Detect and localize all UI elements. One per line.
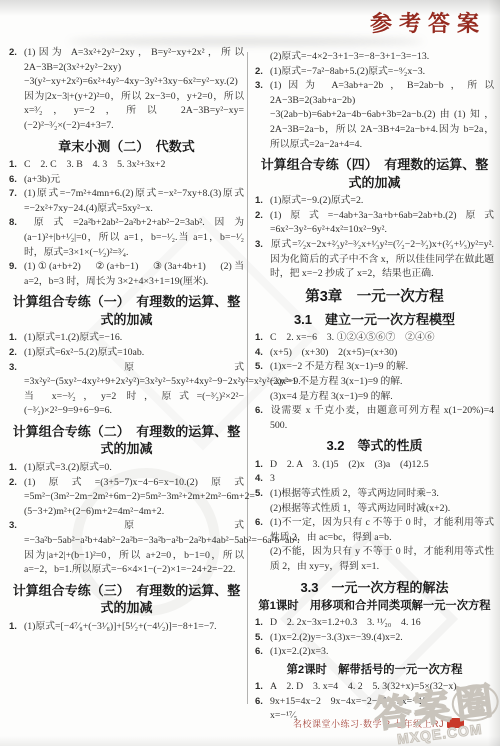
- answer-item: 6.(a+3b)元: [9, 173, 244, 188]
- item-text: (1)x=−2 不是方程 3(x−1)=9 的解.: [270, 361, 408, 372]
- item-number: 7.: [9, 187, 24, 202]
- item-text: 9x+15=4x−2 9x−4x=−2−15 5x=−17: [270, 696, 428, 707]
- answer-item: 8.原式=2a²b+2ab²−2a²b+2+ab²−2=3ab².因为(a−1)…: [9, 216, 244, 260]
- answer-item: 5.(1)x=2.(2)y=−3.(3)x=−39.(4)x=2.: [255, 631, 494, 646]
- answer-item: 1.A 2. D 3. x=4 4. 2 5. 3(32+x)=5×(32−x): [255, 680, 494, 695]
- item-text: 原式=⁷⁄₂x−2x+²⁄₃y²−³⁄₂x+¹⁄₃y²=(⁷⁄₂−2−³⁄₂)x…: [270, 239, 494, 279]
- item-number: 5.: [255, 360, 270, 375]
- section-heading: 3.3 一元一次方程的解法: [255, 579, 494, 597]
- lesson-heading: 第1课时 用移项和合并同类项解一元一次方程: [255, 599, 494, 614]
- item-number: 3.: [9, 519, 24, 534]
- item-number: 9.: [9, 260, 24, 275]
- item-number: 1.: [255, 616, 270, 631]
- answer-item: 1.D 2. 2x−3x=1.2+0.3 3. ¹¹⁄₂₀ 4. 16: [255, 616, 494, 631]
- answer-item: 4.(x+5) (x+30) 2(x+5)=(x+30): [255, 346, 494, 361]
- answers-left-column: 2.(1)因为 A=3x²+2y²−2xy，B=y²−xy+2x²，所以 2A−…: [9, 46, 244, 634]
- continuation-line: (2)原式=−4×2−3+1−3=−8−3+1−3=−13.: [255, 50, 494, 65]
- item-number: 1.: [9, 461, 24, 476]
- item-text: C 2. x=−6 3. ①②④⑤⑥⑦ ②④⑥: [270, 332, 435, 343]
- answer-item: 3.原式=−3a²b−5ab²−a²b+4ab²−2a²b=−3a²b−a²b−…: [9, 519, 244, 577]
- item-text: D 2. 2x−3x=1.2+0.3 3. ¹¹⁄₂₀ 4. 16: [270, 617, 421, 628]
- item-number: 6.: [255, 645, 270, 660]
- item-text: (1)根据等式性质 2，等式两边同时乘−3.: [270, 488, 439, 499]
- answer-item: 3.原式=3x²y²−(5xy²−4xy²+9+2x²y²)=3x²y²−5xy…: [9, 361, 244, 419]
- item-text: C 2. C 3. B 4. 3 5. 3x²+3x+2: [24, 159, 165, 170]
- item-text: D 2. A 3. (1)5 (2)x (3)a (4)12.5: [270, 459, 429, 470]
- item-text: (1)因为 A=3x²+2y²−2xy，B=y²−xy+2x²，所以 2A−3B…: [24, 47, 244, 131]
- section-heading: 3.1 建立一元一次方程模型: [255, 311, 494, 329]
- item-text: (1)原式=[−4⁷⁄₈+(−3¹⁄₈)]+[5¹⁄₂+(−4¹⁄₂)]=−8+…: [24, 621, 217, 632]
- continuation-line: (2)x=1 不是方程 3(x−1)=9 的解.: [255, 375, 494, 390]
- section-heading: 3.2 等式的性质: [255, 437, 494, 455]
- item-text: (1)原式=(3+5−7)x−4−6=x−10.(2)原式=5m²−(3m²−2…: [24, 477, 255, 517]
- answer-item: 6.设需要 x 千克小麦，由题意可列方程 x(1−20%)=4 500.: [255, 404, 494, 433]
- item-number: 1.: [9, 331, 24, 346]
- answer-item: 2.(1)原式=−4ab+3a−3a+b+6ab=2ab+b.(2)原式=6x²…: [255, 209, 494, 238]
- item-number: 3.: [255, 79, 270, 94]
- item-number: 5.: [255, 631, 270, 646]
- item-number: 2.: [255, 209, 270, 224]
- lesson-heading: 第2课时 解带括号的一元一次方程: [255, 663, 494, 678]
- answer-item: 1.(1)原式=3.(2)原式=0.: [9, 461, 244, 476]
- item-number: 4.: [255, 346, 270, 361]
- page-number-badge: [447, 718, 464, 728]
- item-number: 1.: [255, 680, 270, 695]
- item-number: 1.: [9, 158, 24, 173]
- page-edge-shadow-bottom: [0, 736, 500, 746]
- item-text: 设需要 x 千克小麦，由题意可列方程 x(1−20%)=4 500.: [270, 405, 494, 431]
- continuation-line: (3)x=4 是方程 3(x−1)=9 的解.: [255, 390, 494, 405]
- continuation-line: (2)不能，因为只有 y 不等于 0 时，才能利用等式性质 2，由 xy=y，得…: [255, 545, 494, 574]
- item-text: (1)原式=−4ab+3a−3a+b+6ab=2ab+b.(2)原式=6x²−3…: [270, 210, 494, 236]
- answer-item: 1.C 2. x=−6 3. ①②④⑤⑥⑦ ②④⑥: [255, 331, 494, 346]
- item-number: 2.: [9, 476, 24, 491]
- scan-smudge: [68, 38, 424, 45]
- section-heading: 计算组合专练（三） 有理数的运算、整式的加减: [9, 582, 244, 617]
- item-number: 4.: [255, 472, 270, 487]
- answer-item: 9.(1)①(a+b+2) ②(a+b−1) ③(3a+4b+1) (2)当 a…: [9, 260, 244, 289]
- item-text: (1)原式=1.(2)原式=−16.: [24, 332, 122, 343]
- item-text: (1)x=2.(2)y=−3.(3)x=−39.(4)x=2.: [270, 632, 403, 643]
- item-number: 1.: [255, 458, 270, 473]
- continuation-line: (2)根据等式性质 1，等式两边同时减(x+2).: [255, 502, 494, 517]
- answer-item: 6.9x+15=4x−2 9x−4x=−2−15 5x=−17: [255, 695, 494, 710]
- footer-text: 名校课堂小练习·数学 2·七年级上RJ: [293, 719, 444, 729]
- chapter-heading: 第3章 一元一次方程: [255, 288, 494, 307]
- item-number: 3.: [255, 238, 270, 253]
- answer-item: 7.(1)原式=−7m²+4mn+6.(2)原式=−x²−7xy+8.(3)原式…: [9, 187, 244, 216]
- answer-key-page: { "page": { "title": "参考答案", "footer": {…: [0, 0, 500, 746]
- item-text: (1)原式=−7a²−8ab+5.(2)原式=−⁹⁄₂x−3.: [270, 66, 425, 77]
- item-number: 1.: [255, 331, 270, 346]
- answer-item: 6.(1)不一定，因为只有 c 不等于 0 时，才能利用等式性质 2，由 ac=…: [255, 516, 494, 545]
- item-number: 6.: [255, 695, 270, 710]
- item-text: A 2. D 3. x=4 4. 2 5. 3(32+x)=5×(32−x): [270, 681, 457, 692]
- answer-item: 2.(1)原式=(3+5−7)x−4−6=x−10.(2)原式=5m²−(3m²…: [9, 476, 244, 520]
- item-number: 6.: [255, 404, 270, 419]
- answer-item: 6.(1)x=2.(2)x=3.: [255, 645, 494, 660]
- item-text: (1)原式=3.(2)原式=0.: [24, 462, 112, 473]
- item-number: 2.: [9, 346, 24, 361]
- item-text: (1)因为 A=3ab+a−2b，B=2ab−b，所以 2A−3B=2(3ab+…: [270, 80, 494, 149]
- item-text: (1)不一定，因为只有 c 不等于 0 时，才能利用等式性质 2，由 ac=bc…: [270, 517, 494, 543]
- answer-item: 2.(1)原式=6x²−5.(2)原式=10ab.: [9, 346, 244, 361]
- answers-right-column: (2)原式=−4×2−3+1−3=−8−3+1−3=−13.2.(1)原式=−7…: [255, 50, 494, 724]
- answer-item: 1.(1)原式=1.(2)原式=−16.: [9, 331, 244, 346]
- answer-item: 3.原式=⁷⁄₂x−2x+²⁄₃y²−³⁄₂x+¹⁄₃y²=(⁷⁄₂−2−³⁄₂…: [255, 238, 494, 282]
- answer-item: 2.(1)因为 A=3x²+2y²−2xy，B=y²−xy+2x²，所以 2A−…: [9, 46, 244, 134]
- answer-item: 1.(1)原式=−9.(2)原式=2.: [255, 194, 494, 209]
- answer-item: 1.D 2. A 3. (1)5 (2)x (3)a (4)12.5: [255, 458, 494, 473]
- answer-item: 1.(1)原式=[−4⁷⁄₈+(−3¹⁄₈)]+[5¹⁄₂+(−4¹⁄₂)]=−…: [9, 620, 244, 635]
- item-text: (1)原式=−7m²+4mn+6.(2)原式=−x²−7xy+8.(3)原式=−…: [24, 188, 244, 214]
- page-title: 参考答案: [370, 7, 486, 38]
- answer-item: 3.(1)因为 A=3ab+a−2b，B=2ab−b，所以 2A−3B=2(3a…: [255, 79, 494, 152]
- item-text: (1)x=2.(2)x=3.: [270, 646, 328, 657]
- answer-item: 4.3: [255, 472, 494, 487]
- item-text: (1)①(a+b+2) ②(a+b−1) ③(3a+4b+1) (2)当 a=2…: [24, 261, 244, 287]
- section-heading: 计算组合专练（二） 有理数的运算、整式的加减: [9, 423, 244, 458]
- answer-item: 5.(1)x=−2 不是方程 3(x−1)=9 的解.: [255, 360, 494, 375]
- answer-item: 1.C 2. C 3. B 4. 3 5. 3x²+3x+2: [9, 158, 244, 173]
- item-number: 2.: [9, 46, 24, 61]
- item-text: 原式=2a²b+2ab²−2a²b+2+ab²−2=3ab².因为(a−1)²+…: [24, 217, 244, 257]
- item-number: 1.: [9, 620, 24, 635]
- footer: 名校课堂小练习·数学 2·七年级上RJ: [293, 717, 464, 730]
- item-text: (x+5) (x+30) 2(x+5)=(x+30): [270, 347, 397, 358]
- item-text: (1)原式=6x²−5.(2)原式=10ab.: [24, 347, 144, 358]
- section-heading: 章末小测（二） 代数式: [9, 138, 244, 156]
- section-heading: 计算组合专练（一） 有理数的运算、整式的加减: [9, 293, 244, 328]
- item-number: 1.: [255, 194, 270, 209]
- item-number: 6.: [9, 173, 24, 188]
- item-text: 3: [270, 473, 275, 484]
- section-heading: 计算组合专练（四） 有理数的运算、整式的加减: [255, 156, 494, 191]
- answer-item: 5.(1)根据等式性质 2，等式两边同时乘−3.: [255, 487, 494, 502]
- item-number: 8.: [9, 216, 24, 231]
- item-text: (1)原式=−9.(2)原式=2.: [270, 195, 363, 206]
- answer-item: 2.(1)原式=−7a²−8ab+5.(2)原式=−⁹⁄₂x−3.: [255, 65, 494, 80]
- item-number: 5.: [255, 487, 270, 502]
- item-text: (a+3b)元: [24, 174, 60, 185]
- item-number: 6.: [255, 516, 270, 531]
- item-number: 2.: [255, 65, 270, 80]
- item-number: 3.: [9, 361, 24, 376]
